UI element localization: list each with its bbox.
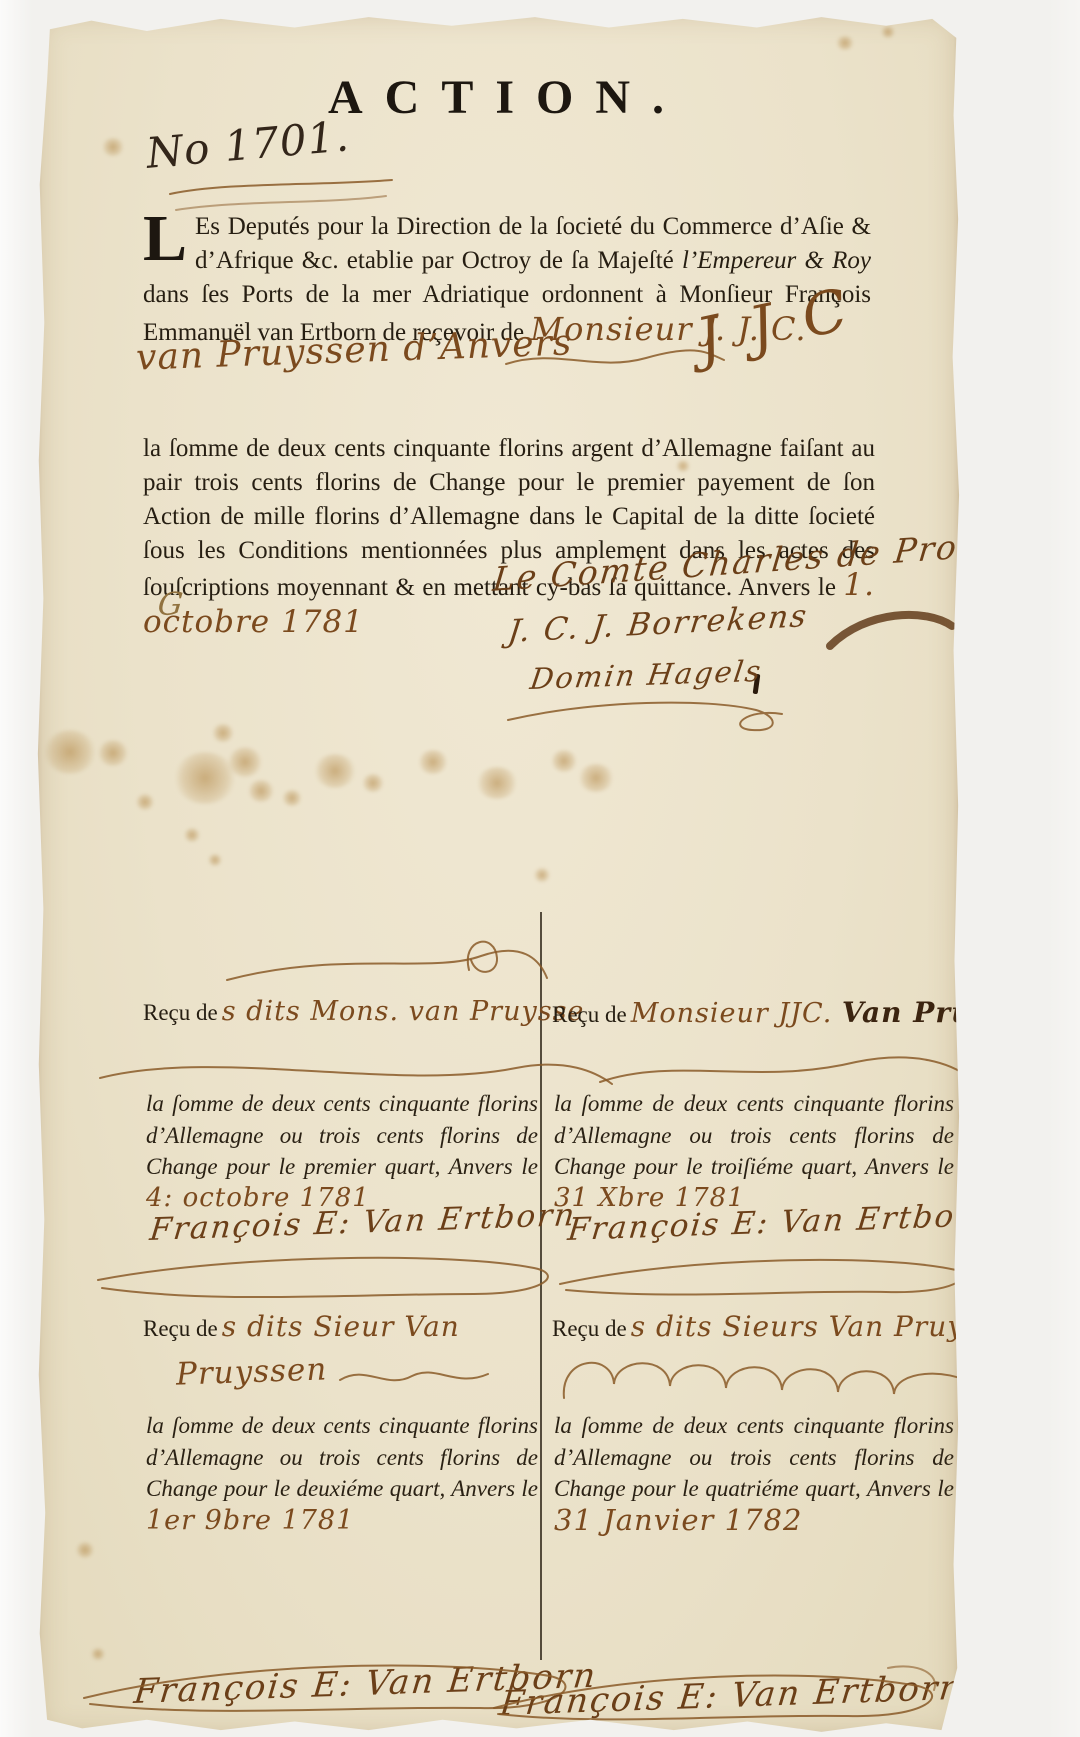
receipt3-payer-handwritten-line2: Pruyssen — [175, 1351, 327, 1392]
receipt3-recu-line: Reçu de s dits Sieur Van — [143, 1310, 460, 1343]
signature-swash — [826, 600, 956, 660]
document-paper: ACTION. No 1701. LEs Deputés pour la Dir… — [36, 12, 960, 1737]
receipt4-body: la ſomme de deux cents cinquante florins… — [554, 1410, 954, 1538]
receipt1-signature-flourish — [94, 1250, 574, 1308]
receipt2-payer-handwritten: Monsieur JJC. — [631, 998, 842, 1029]
signature-underline-flourish — [506, 694, 786, 738]
signature-hagels: Domin Hagels — [528, 654, 765, 696]
receipt4-date-handwritten: 31 Janvier 1782 — [554, 1503, 802, 1537]
receipt3-date-handwritten: 1er 9bre 1781 — [146, 1505, 354, 1536]
receipt4-payer-handwritten: s dits Sieurs Van Pruyssen — [631, 1310, 1032, 1343]
receipt4-recu-line: Reçu de s dits Sieurs Van Pruyssen — [552, 1310, 1031, 1343]
receipt1-body: la ſomme de deux cents cinquante florins… — [146, 1088, 538, 1214]
scanned-share-certificate: { "colors":{ "paper":"#ebe2ca", "backgro… — [0, 0, 1080, 1737]
intro-text-emphasis: l’Empereur & Roy — [682, 247, 871, 274]
receipt4-loops-flourish — [556, 1342, 976, 1412]
receipt4-body-text: la ſomme de deux cents cinquante florins… — [554, 1413, 954, 1501]
receipt4-signature-flourish — [488, 1660, 958, 1737]
receipt4-label: Reçu de — [552, 1316, 627, 1341]
document-title: ACTION. — [328, 70, 686, 125]
receipt3-body: la ſomme de deux cents cinquante florins… — [146, 1410, 538, 1537]
payer-line-flourish — [506, 342, 726, 372]
receipt3-label: Reçu de — [143, 1316, 218, 1341]
receipt2-signature-flourish — [556, 1250, 976, 1308]
certificate-number: No 1701. — [144, 111, 351, 178]
drop-cap: L — [143, 212, 187, 266]
receipt1-upper-flourish — [221, 930, 551, 986]
receipt1-recu-line: Reçu de s dits Mons. van Pruysse — [143, 996, 584, 1027]
receipt1-payer-handwritten: s dits Mons. van Pruysse — [222, 996, 585, 1027]
receipt2-recu-line: Reçu de Monsieur JJC. Van Pruyssen — [552, 996, 1063, 1029]
receipt2-body-text: la ſomme de deux cents cinquante florins… — [554, 1091, 954, 1179]
receipt3-squiggle — [336, 1360, 496, 1394]
receipt3-payer-handwritten: s dits Sieur Van — [222, 1310, 460, 1343]
number-underline-flourish — [166, 180, 396, 214]
receipt1-body-text: la ſomme de deux cents cinquante florins… — [146, 1091, 538, 1179]
receipt2-label: Reçu de — [552, 1002, 627, 1027]
receipt2-sweep-flourish — [596, 1038, 976, 1094]
receipt3-body-text: la ſomme de deux cents cinquante florins… — [146, 1413, 538, 1501]
receipt1-label: Reçu de — [143, 1000, 218, 1025]
receipt2-payer-overwritten: Van Pruyssen — [842, 996, 1064, 1029]
receipt2-body: la ſomme de deux cents cinquante florins… — [554, 1088, 954, 1214]
signature-guillaume-bolts: G — [156, 586, 187, 623]
